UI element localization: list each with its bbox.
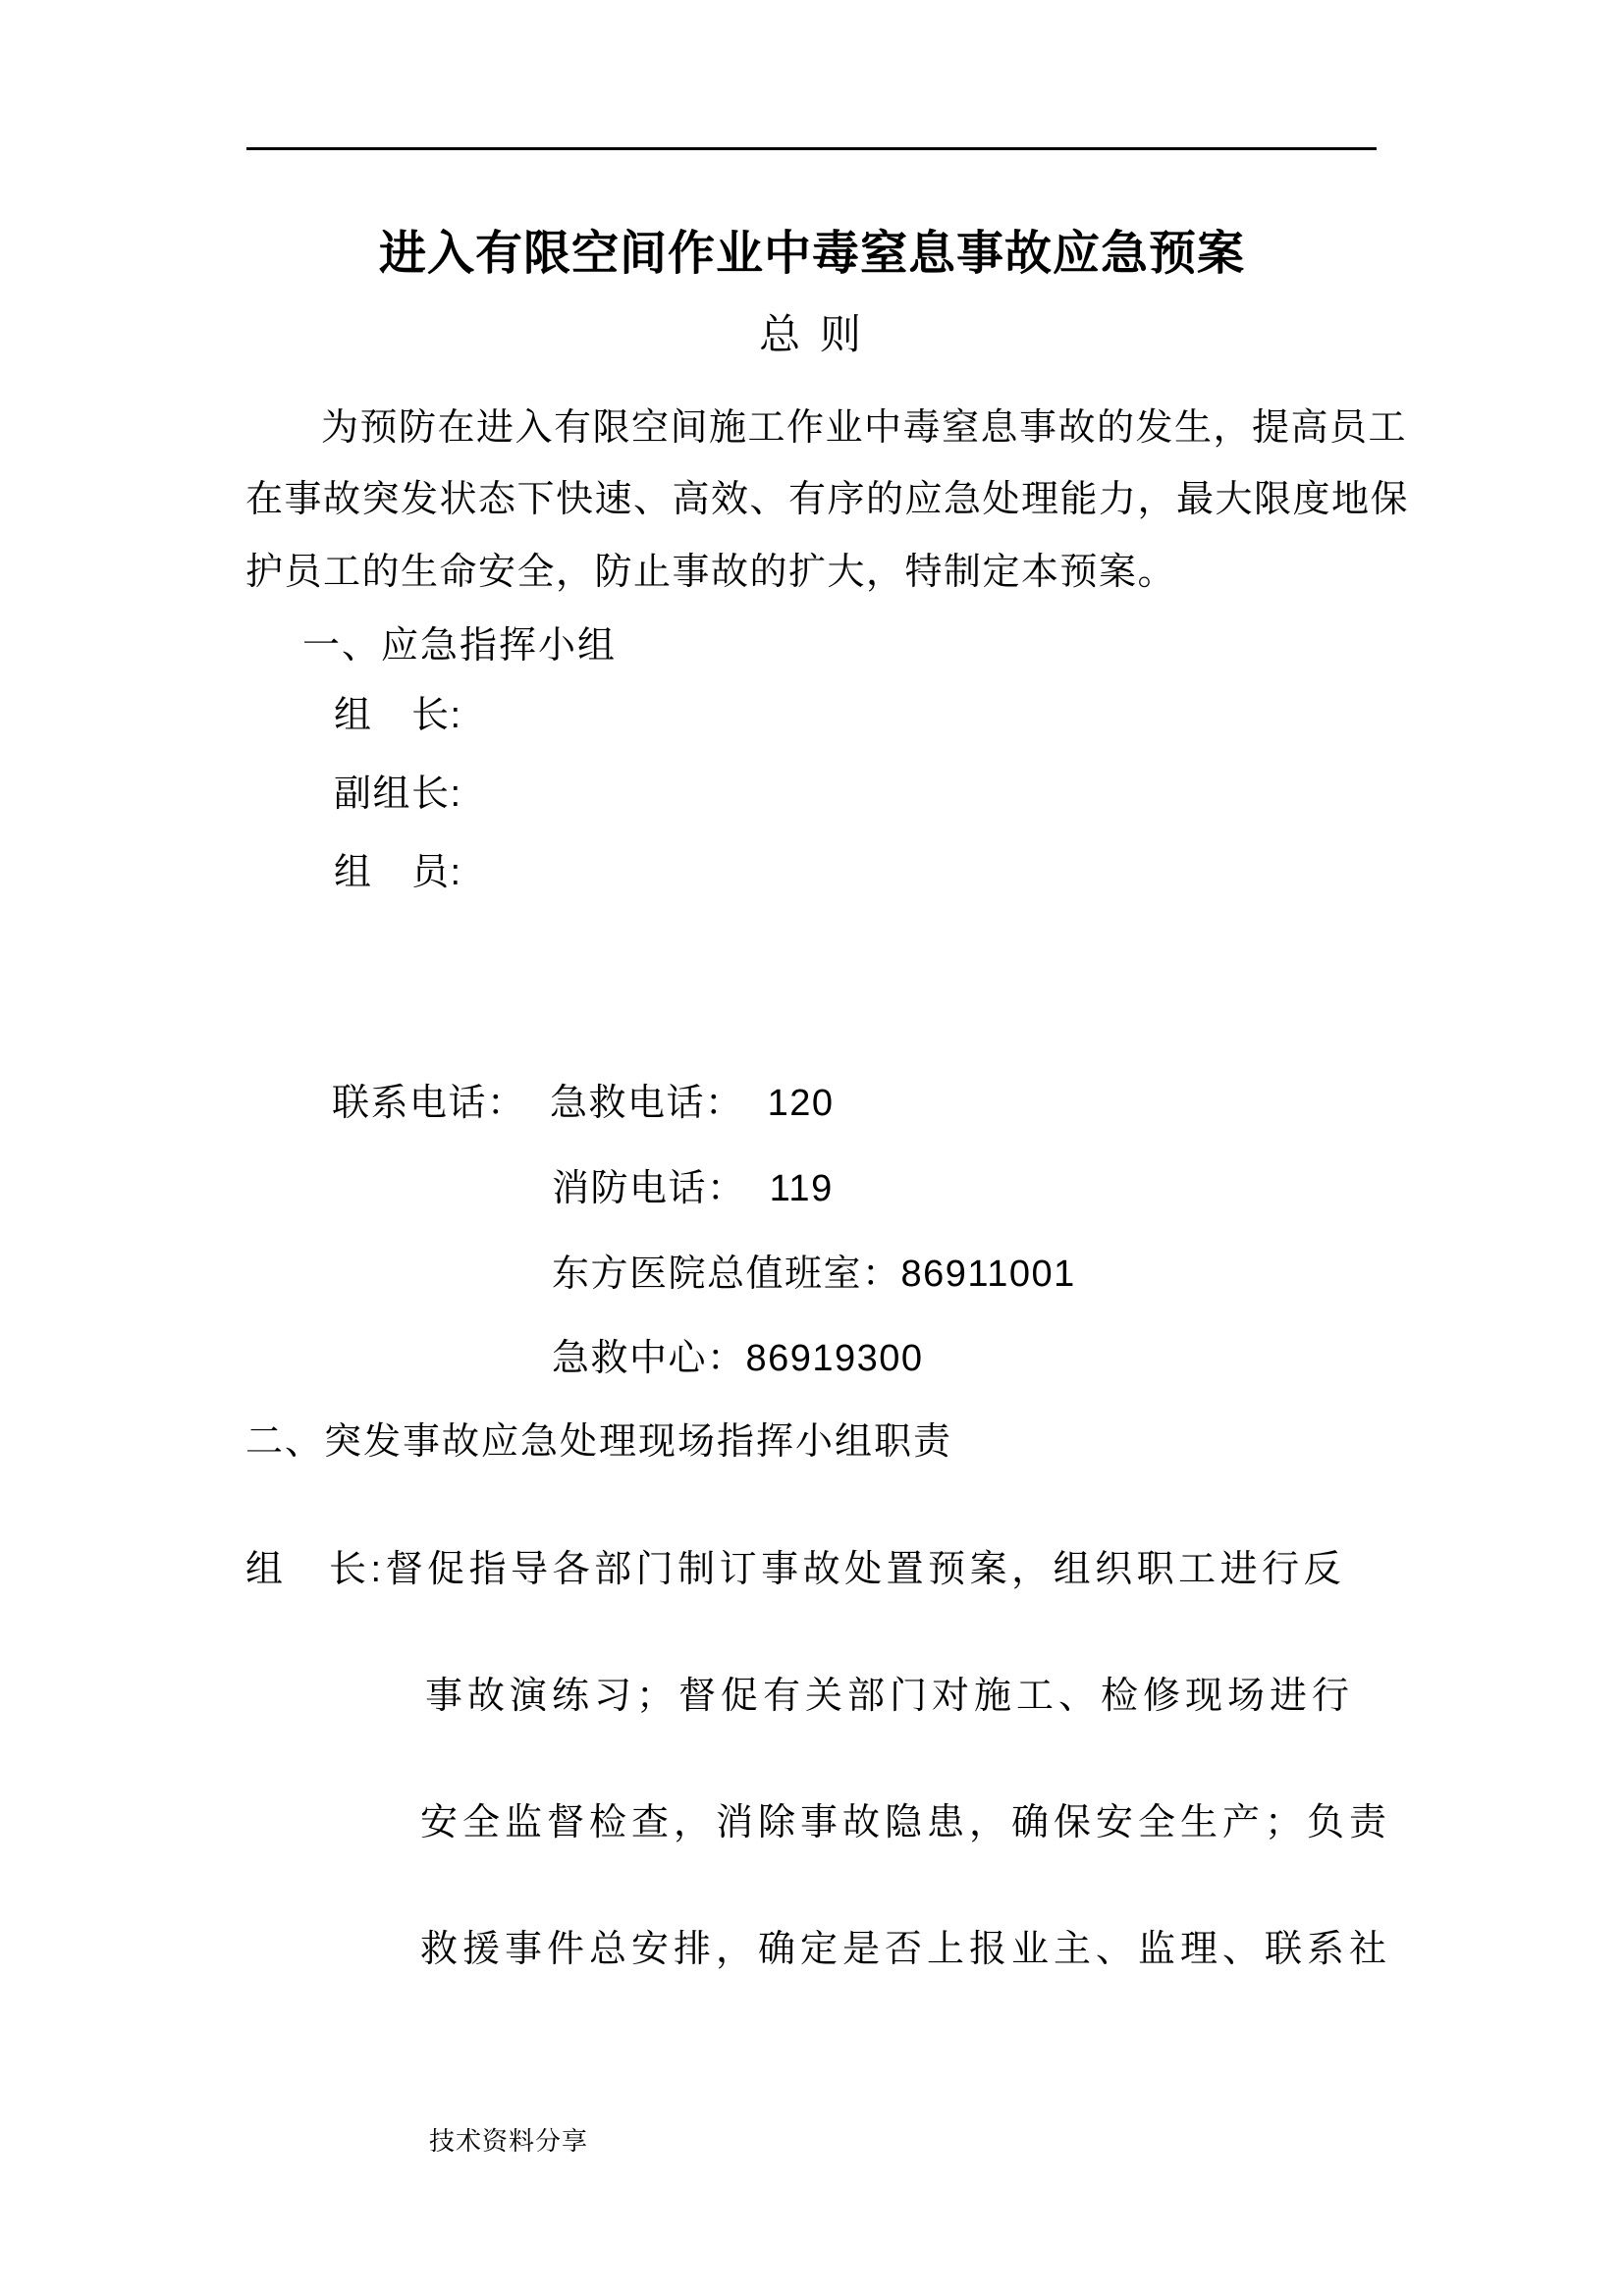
page-title: 进入有限空间作业中毒窒息事故应急预案 xyxy=(0,226,1624,283)
document-page: 进入有限空间作业中毒窒息事故应急预案 总 则 为预防在进入有限空间施工作业中毒窒… xyxy=(0,0,1624,2296)
intro-paragraph-line: 在事故突发状态下快速、高效、有序的应急处理能力，最大限度地保 xyxy=(245,478,1409,523)
contact-entry-fire-119: 消防电话： 119 xyxy=(552,1167,834,1212)
contact-entry-emergency-120: 急救电话： 120 xyxy=(550,1082,835,1127)
contacts-label: 联系电话： xyxy=(332,1082,526,1127)
leader-duties-continuation-line: 安全监督检查，消除事故隐患，确保安全生产；负责 xyxy=(420,1801,1391,1846)
leader-duties-text: 督促指导各部门制订事故处置预案，组织职工进行反 xyxy=(386,1549,1346,1590)
role-label-deputy-leader: 副组长: xyxy=(334,773,462,818)
contact-entry-hospital-duty-office: 东方医院总值班室：86911001 xyxy=(552,1253,1076,1298)
subtitle-general-provisions: 总 则 xyxy=(0,310,1624,359)
leader-duties-line: 组 长:督促指导各部门制订事故处置预案，组织职工进行反 xyxy=(245,1548,1345,1593)
footer-note: 技术资料分享 xyxy=(429,2126,588,2157)
leader-duties-label: 组 长: xyxy=(245,1549,386,1590)
intro-paragraph-line: 护员工的生命安全，防止事故的扩大，特制定本预案。 xyxy=(245,551,1176,596)
role-label-leader: 组 长: xyxy=(334,694,462,739)
header-rule xyxy=(246,147,1377,150)
leader-duties-continuation-line: 救援事件总安排，确定是否上报业主、监理、联系社 xyxy=(420,1928,1391,1973)
role-label-members: 组 员: xyxy=(334,851,462,896)
intro-paragraph-line: 为预防在进入有限空间施工作业中毒窒息事故的发生，提高员工 xyxy=(321,406,1407,452)
contact-entry-emergency-center: 急救中心：86919300 xyxy=(552,1337,924,1382)
section-one-heading: 一、应急指挥小组 xyxy=(302,624,617,669)
leader-duties-continuation-line: 事故演练习；督促有关部门对施工、检修现场进行 xyxy=(425,1675,1354,1720)
section-two-heading: 二、突发事故应急处理现场指挥小组职责 xyxy=(245,1420,952,1466)
